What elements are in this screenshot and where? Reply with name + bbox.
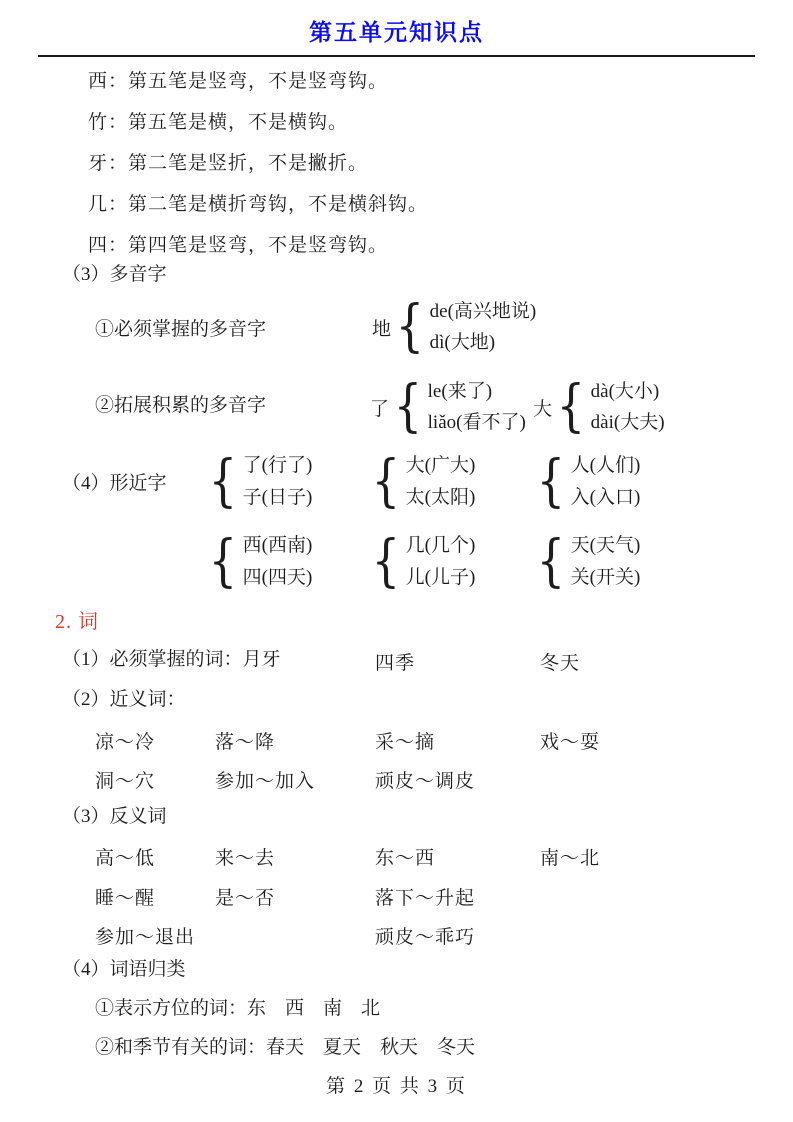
word-pair: 洞～穴 (95, 766, 155, 793)
subsection-label-required: ①必须掌握的多音字 (95, 318, 266, 342)
polyphone-option: dà(大小) (591, 376, 665, 407)
similar-option: 了(行了) (243, 450, 313, 482)
polyphone-group-da: 大 { dà(大小) dài(大夫) (533, 376, 665, 438)
category-line: ①表示方位的词：东 西 南 北 (95, 997, 380, 1021)
page-title: 第五单元知识点 (0, 14, 793, 47)
category-line: ②和季节有关的词：春天 夏天 秋天 冬天 (95, 1036, 475, 1060)
word-pair: 凉～冷 (95, 727, 155, 754)
stroke-note-line: 四：第四笔是竖弯，不是竖弯钩。 (88, 234, 388, 258)
polyphone-option: de(高兴地说) (430, 296, 537, 327)
similar-option: 太(太阳) (406, 482, 476, 514)
stroke-note-line: 牙：第二笔是竖折，不是撇折。 (88, 152, 368, 176)
stroke-note-line: 竹：第五笔是横，不是横钩。 (88, 111, 348, 135)
similar-option: 大(广大) (406, 450, 476, 482)
word-pair: 是～否 (215, 883, 275, 910)
section-heading-words: 2. 词 (55, 610, 99, 634)
brace-icon: { (537, 451, 566, 513)
brace-icon: { (394, 376, 423, 438)
similar-group: { 西(西南) 四(四天) (205, 530, 312, 594)
brace-icon: { (396, 296, 425, 358)
brace-icon: { (372, 531, 401, 593)
must-know-label: （1）必须掌握的词： (62, 649, 243, 670)
word-pair: 睡～醒 (95, 883, 155, 910)
brace-icon: { (209, 531, 238, 593)
polyphone-option: dì(大地) (430, 327, 537, 358)
similar-group: { 了(行了) 子(日子) (205, 450, 312, 514)
word-pair: 采～摘 (375, 727, 435, 754)
brace-icon: { (537, 531, 566, 593)
word-item: 冬天 (540, 648, 580, 675)
header-divider (38, 55, 755, 57)
brace-icon: { (557, 376, 586, 438)
similar-group: { 天(天气) 关(开关) (533, 530, 640, 594)
polyphone-char: 地 (372, 314, 391, 341)
polyphone-option: dài(大夫) (591, 407, 665, 438)
word-pair: 参加～退出 (95, 922, 195, 949)
similar-option: 几(几个) (406, 530, 476, 562)
word-item: 月牙 (243, 649, 281, 670)
polyphone-option: le(来了) (428, 376, 526, 407)
similar-option: 天(天气) (571, 530, 641, 562)
word-pair: 落～降 (215, 727, 275, 754)
polyphone-group-le: 了 { le(来了) liǎo(看不了) (370, 376, 526, 438)
polyphone-char: 了 (370, 394, 389, 421)
word-pair: 参加～加入 (215, 766, 315, 793)
similar-group: { 几(几个) 儿(儿子) (368, 530, 475, 594)
word-item: 四季 (375, 648, 415, 675)
document-page: 第五单元知识点 西：第五笔是竖弯，不是竖弯钩。 竹：第五笔是横，不是横钩。 牙：… (0, 0, 793, 1122)
page-footer: 第 2 页 共 3 页 (0, 1071, 793, 1098)
similar-option: 关(开关) (571, 562, 641, 594)
synonyms-heading: （2）近义词： (62, 688, 186, 712)
stroke-note-line: 几：第二笔是横折弯钩，不是横斜钩。 (88, 193, 428, 217)
similar-option: 四(四天) (243, 562, 313, 594)
word-pair: 戏～耍 (540, 727, 600, 754)
similar-option: 西(西南) (243, 530, 313, 562)
word-pair: 高～低 (95, 843, 155, 870)
polyphone-char: 大 (533, 394, 552, 421)
section-heading-similar-chars: （4）形近字 (62, 472, 167, 496)
similar-option: 入(入口) (571, 482, 641, 514)
brace-icon: { (209, 451, 238, 513)
word-pair: 东～西 (375, 843, 435, 870)
categories-heading: （4）词语归类 (62, 958, 186, 982)
word-pair: 落下～升起 (375, 883, 475, 910)
polyphone-option: liǎo(看不了) (428, 407, 526, 438)
similar-group: { 人(人们) 入(入口) (533, 450, 640, 514)
must-know-line: （1）必须掌握的词：月牙 (62, 648, 281, 672)
brace-icon: { (372, 451, 401, 513)
polyphone-group-di: 地 { de(高兴地说) dì(大地) (372, 296, 536, 358)
section-heading-polyphonic: （3）多音字 (62, 263, 167, 287)
antonyms-heading: （3）反义词 (62, 805, 167, 829)
word-pair: 顽皮～调皮 (375, 766, 475, 793)
word-pair: 顽皮～乖巧 (375, 922, 475, 949)
similar-option: 儿(儿子) (406, 562, 476, 594)
similar-group: { 大(广大) 太(太阳) (368, 450, 475, 514)
word-pair: 来～去 (215, 843, 275, 870)
subsection-label-extended: ②拓展积累的多音字 (95, 394, 266, 418)
similar-option: 子(日子) (243, 482, 313, 514)
word-pair: 南～北 (540, 843, 600, 870)
similar-option: 人(人们) (571, 450, 641, 482)
stroke-note-line: 西：第五笔是竖弯，不是竖弯钩。 (88, 70, 388, 94)
